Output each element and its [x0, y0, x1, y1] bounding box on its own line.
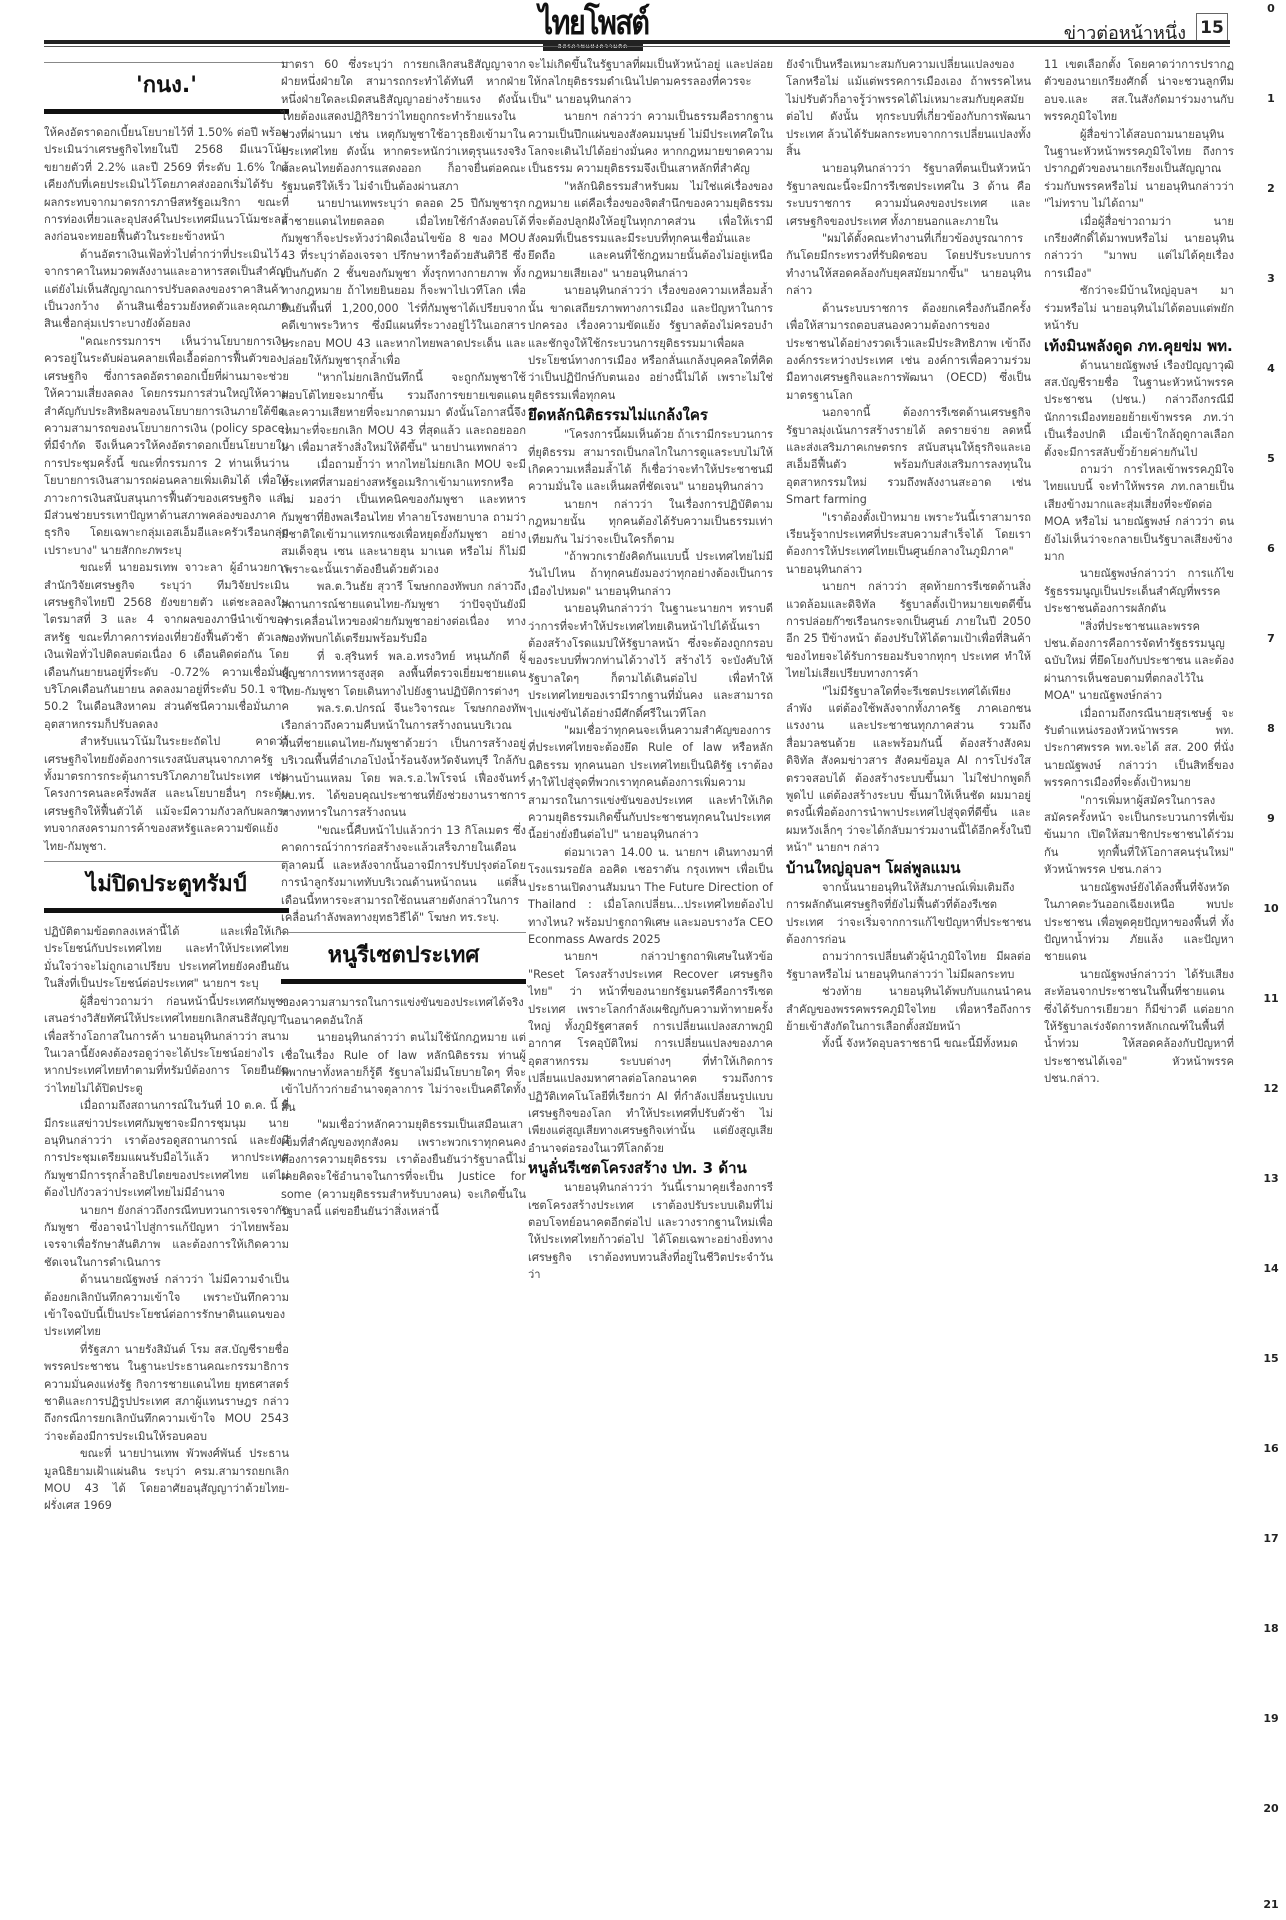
margin-number: 7: [1256, 632, 1286, 645]
paragraph: ขณะที่ นายปานเทพ พัวพงศ์พันธ์ ประธานมูลน…: [44, 1445, 289, 1515]
divider: [44, 109, 289, 114]
paragraph: "ผมเชื่อว่าหลักความยุติธรรมเป็นเสมือนเสา…: [281, 1116, 526, 1220]
paragraph: 11 เขตเลือกตั้ง โดยคาดว่าการปรากฏตัวของน…: [1044, 56, 1234, 126]
margin-number: 1: [1256, 92, 1286, 105]
margin-number: 19: [1256, 1712, 1286, 1725]
paragraph: "คณะกรรมการฯ เห็นว่านโยบายการเงินควรอยู่…: [44, 333, 289, 559]
margin-number: 17: [1256, 1532, 1286, 1545]
paragraph: เมื่อถามถึงสถานการณ์ในวันที่ 10 ต.ค. นี้…: [44, 1097, 289, 1201]
paragraph: พล.ต.วินธัย สุวารี โฆษกกองทัพบก กล่าวถึง…: [281, 578, 526, 648]
paragraph: นายปานเทพระบุว่า ตลอด 25 ปีกัมพูชารุกล้ำ…: [281, 195, 526, 369]
paragraph: พล.ร.ต.ปกรณ์ จีนะวิจารณะ โฆษกกองทัพเรือก…: [281, 700, 526, 822]
column-4: ยังจำเป็นหรือเหมาะสมกับความเปลี่ยนแปลงขอ…: [786, 56, 1031, 1053]
divider: [44, 908, 289, 913]
subheading: ยึดหลักนิติธรรมไม่แกล้งใคร: [528, 405, 773, 425]
divider: [281, 932, 526, 933]
margin-line-numbers: 0 1 2 3 4 5 6 7 8 9 10 11 12 13 14 15 16…: [1256, 0, 1286, 1920]
margin-number: 21: [1256, 1898, 1286, 1911]
column-2: มาตรา 60 ซึ่งระบุว่า การยกเลิกสนธิสัญญาจ…: [281, 56, 526, 1221]
margin-number: 10: [1256, 902, 1286, 915]
paragraph: นายณัฐพงษ์กล่าวว่า การแก้ไขรัฐธรรมนูญเป็…: [1044, 565, 1234, 617]
paragraph: ผู้สื่อข่าวถามว่า ก่อนหน้านี้ประเทศกัมพู…: [44, 993, 289, 1097]
subheading: หนูลั่นรีเซตโครงสร้าง ปท. 3 ด้าน: [528, 1158, 773, 1178]
paragraph: "ผมได้ตั้งคณะทำงานที่เกี่ยวข้องบูรณาการก…: [786, 230, 1031, 300]
margin-number: 8: [1256, 722, 1286, 735]
paragraph: "ขณะนี้คืบหน้าไปแล้วกว่า 13 กิโลเมตร ซึ่…: [281, 822, 526, 926]
paragraph: "เราต้องตั้งเป้าหมาย เพราะวันนี้เราสามาร…: [786, 509, 1031, 579]
paragraph: นายอนุทินกล่าวว่า รัฐบาลที่ตนเป็นหัวหน้า…: [786, 160, 1031, 230]
divider: [281, 979, 526, 984]
paragraph: "ถ้าพวกเรายังคิดกันแบบนี้ ประเทศไทยไม่มี…: [528, 548, 773, 600]
paragraph: นายอนุทินกล่าวว่า ตนไม่ใช้นักกฎหมาย แต่เ…: [281, 1029, 526, 1116]
logo-text: ไทยโพสต์: [538, 4, 648, 42]
paragraph: "การเพิ่มหาผู้สมัครในการลงสมัครครั้งหน้า…: [1044, 792, 1234, 879]
paragraph: ต่อมาเวลา 14.00 น. นายกฯ เดินทางมาที่โรง…: [528, 844, 773, 948]
paragraph: ถามว่าการเปลี่ยนตัวผู้นำภูมิใจไทย มีผลต่…: [786, 948, 1031, 983]
paragraph: ช่วงท้าย นายอนุทินได้พบกับแกนนำคนสำคัญขอ…: [786, 983, 1031, 1035]
paragraph: นายณัฐพงษ์ยังได้ลงพื้นที่จังหวัดในภาคตะว…: [1044, 879, 1234, 966]
paragraph: "ไม่มีรัฐบาลใดที่จะรีเซตประเทศได้เพียงลำ…: [786, 683, 1031, 857]
paragraph: ผู้สื่อข่าวได้สอบถามนายอนุทิน ในฐานะหัวห…: [1044, 126, 1234, 213]
margin-number: 14: [1256, 1262, 1286, 1275]
paragraph: เมื่อถามย้ำว่า หากไทยไม่ยกเลิก MOU จะมีป…: [281, 456, 526, 578]
paragraph: "สิ่งที่ประชาชนและพรรค ปชน.ต้องการคือการ…: [1044, 618, 1234, 705]
paragraph: ด้านนายณัฐพงษ์ เรืองปัญญาวุฒิ สส.บัญชีรา…: [1044, 357, 1234, 461]
paragraph: ให้คงอัตราดอกเบี้ยนโยบายไว้ที่ 1.50% ต่อ…: [44, 124, 289, 246]
paragraph: นายกฯ กล่าวว่า ในเรื่องการปฏิบัติตามกฎหม…: [528, 496, 773, 548]
margin-number: 18: [1256, 1622, 1286, 1635]
paragraph: นายกฯ กล่าวว่า ความเป็นธรรมคือรากฐานความ…: [528, 108, 773, 178]
paragraph: ที่ จ.สุรินทร์ พล.อ.ทรงวิทย์ หนุนภักดี ผ…: [281, 648, 526, 700]
section-header-trump: ไม่ปิดประตูทรัมป์: [44, 861, 289, 913]
page-number: 15: [1196, 13, 1228, 43]
divider: [44, 62, 289, 63]
margin-number: 9: [1256, 812, 1286, 825]
paragraph: นายกฯ ยังกล่าวถึงกรณีทบทวนการเจรจากับกัม…: [44, 1202, 289, 1272]
paragraph: ด้านอัตราเงินเฟ้อทั่วไปต่ำกว่าที่ประเมิน…: [44, 246, 289, 333]
paragraph: นายกฯ กล่าวว่า สุดท้ายการรีเซตด้านสิ่งแว…: [786, 578, 1031, 682]
paragraph: "โครงการนี้ผมเห็นด้วย ถ้าเรามีกระบวนการท…: [528, 426, 773, 496]
paragraph: ยังจำเป็นหรือเหมาะสมกับความเปลี่ยนแปลงขอ…: [786, 56, 1031, 160]
paragraph: "หลักนิติธรรมสำหรับผม ไม่ใช่แค่เรื่องของ…: [528, 178, 773, 282]
paragraph: นายอนุทินกล่าวว่า เรื่องของความเหลื่อมล้…: [528, 282, 773, 404]
paragraph: นายอนุทินกล่าวว่า ในฐานะนายกฯ ทราบดีว่าก…: [528, 600, 773, 722]
subheading: เท้งมินพลังดูด ภท.คุยข่ม พท.: [1044, 336, 1234, 356]
paragraph: ของความสามารถในการแข่งขันของประเทศได้จริ…: [281, 994, 526, 1029]
paragraph: นายอนุทินกล่าวว่า วันนี้เรามาคุยเรื่องกา…: [528, 1179, 773, 1283]
paragraph: "หากไม่ยกเลิกบันทึกนี้ จะถูกกัมพูชาใช้ตอ…: [281, 369, 526, 456]
paragraph: เมื่อถามถึงกรณีนายสุรเชษฐ์ จะรับตำแหน่งร…: [1044, 705, 1234, 792]
paragraph: นายกฯ กล่าวปาฐกถาพิเศษในหัวข้อ "Reset โค…: [528, 948, 773, 1157]
paragraph: จะไม่เกิดขึ้นในรัฐบาลที่ผมเป็นหัวหน้าอยู…: [528, 56, 773, 108]
paragraph: ทั้งนี้ จังหวัดอุบลราชธานี ขณะนี้มีทั้งห…: [786, 1035, 1031, 1052]
margin-number: 20: [1256, 1802, 1286, 1815]
divider: [44, 861, 289, 862]
paragraph: สำหรับแนวโน้มในระยะถัดไป คาดว่าเศรษฐกิจไ…: [44, 733, 289, 855]
margin-number: 15: [1256, 1352, 1286, 1365]
paragraph: มาตรา 60 ซึ่งระบุว่า การยกเลิกสนธิสัญญาจ…: [281, 56, 526, 195]
margin-number: 3: [1256, 272, 1286, 285]
section-header-reset: หนูรีเซตประเทศ: [281, 932, 526, 984]
paragraph: เมื่อผู้สื่อข่าวถามว่า นายเกรียงศักดิ์ได…: [1044, 213, 1234, 283]
margin-number: 13: [1256, 1172, 1286, 1185]
margin-number: 12: [1256, 1082, 1286, 1095]
paragraph: นายณัฐพงษ์กล่าวว่า ได้รับเสียงสะท้อนจากป…: [1044, 966, 1234, 1088]
column-5: 11 เขตเลือกตั้ง โดยคาดว่าการปรากฏตัวของน…: [1044, 56, 1234, 1088]
section-title: ไม่ปิดประตูทรัมป์: [44, 870, 289, 900]
section-title: หนูรีเซตประเทศ: [281, 941, 526, 971]
paragraph: "ผมเชื่อว่าทุกคนจะเห็นความสำคัญของการที่…: [528, 722, 773, 844]
header-rule-thick: [44, 40, 1230, 44]
subheading: บ้านใหญ่อุบลฯ โผล่พูลแมน: [786, 858, 1031, 878]
paragraph: ด้านระบบราชการ ต้องยกเครื่องกันอีกครั้ง …: [786, 300, 1031, 404]
paragraph: ขณะที่ นายอมรเทพ จาวะลา ผู้อำนวยการสำนัก…: [44, 559, 289, 733]
margin-number: 6: [1256, 542, 1286, 555]
paragraph: ซักว่าจะมีบ้านใหญ่อุบลฯ มาร่วมหรือไม่ นา…: [1044, 282, 1234, 334]
paragraph: ถามว่า การไหลเข้าพรรคภูมิใจไทยแบบนี้ จะท…: [1044, 461, 1234, 565]
paragraph: ที่รัฐสภา นายรังสิมันต์ โรม สส.บัญชีรายช…: [44, 1341, 289, 1445]
margin-number: 16: [1256, 1442, 1286, 1455]
section-title: 'กนง.': [44, 71, 289, 101]
paragraph: ปฏิบัติตามข้อตกลงเหล่านี้ได้ และเพื่อให้…: [44, 923, 289, 993]
margin-number: 11: [1256, 992, 1286, 1005]
margin-number: 5: [1256, 452, 1286, 465]
margin-number: 2: [1256, 182, 1286, 195]
header-rule-thin: [44, 46, 1230, 47]
column-1: 'กนง.' ให้คงอัตราดอกเบี้ยนโยบายไว้ที่ 1.…: [44, 56, 289, 1515]
margin-number: 4: [1256, 362, 1286, 375]
masthead: ไทยโพสต์ อิสรภาพแห่งความคิด ข่าวต่อหน้าห…: [0, 0, 1286, 58]
section-header-bot: 'กนง.': [44, 62, 289, 114]
margin-number: 0: [1256, 2, 1286, 15]
column-3: จะไม่เกิดขึ้นในรัฐบาลที่ผมเป็นหัวหน้าอยู…: [528, 56, 773, 1284]
paragraph: นอกจากนี้ ต้องการรีเซตด้านเศรษฐกิจ รัฐบา…: [786, 404, 1031, 508]
paragraph: ด้านนายณัฐพงษ์ กล่าวว่า ไม่มีความจำเป็นต…: [44, 1271, 289, 1341]
paragraph: จากนั้นนายอนุทินให้สัมภาษณ์เพิ่มเติมถึงก…: [786, 879, 1031, 949]
